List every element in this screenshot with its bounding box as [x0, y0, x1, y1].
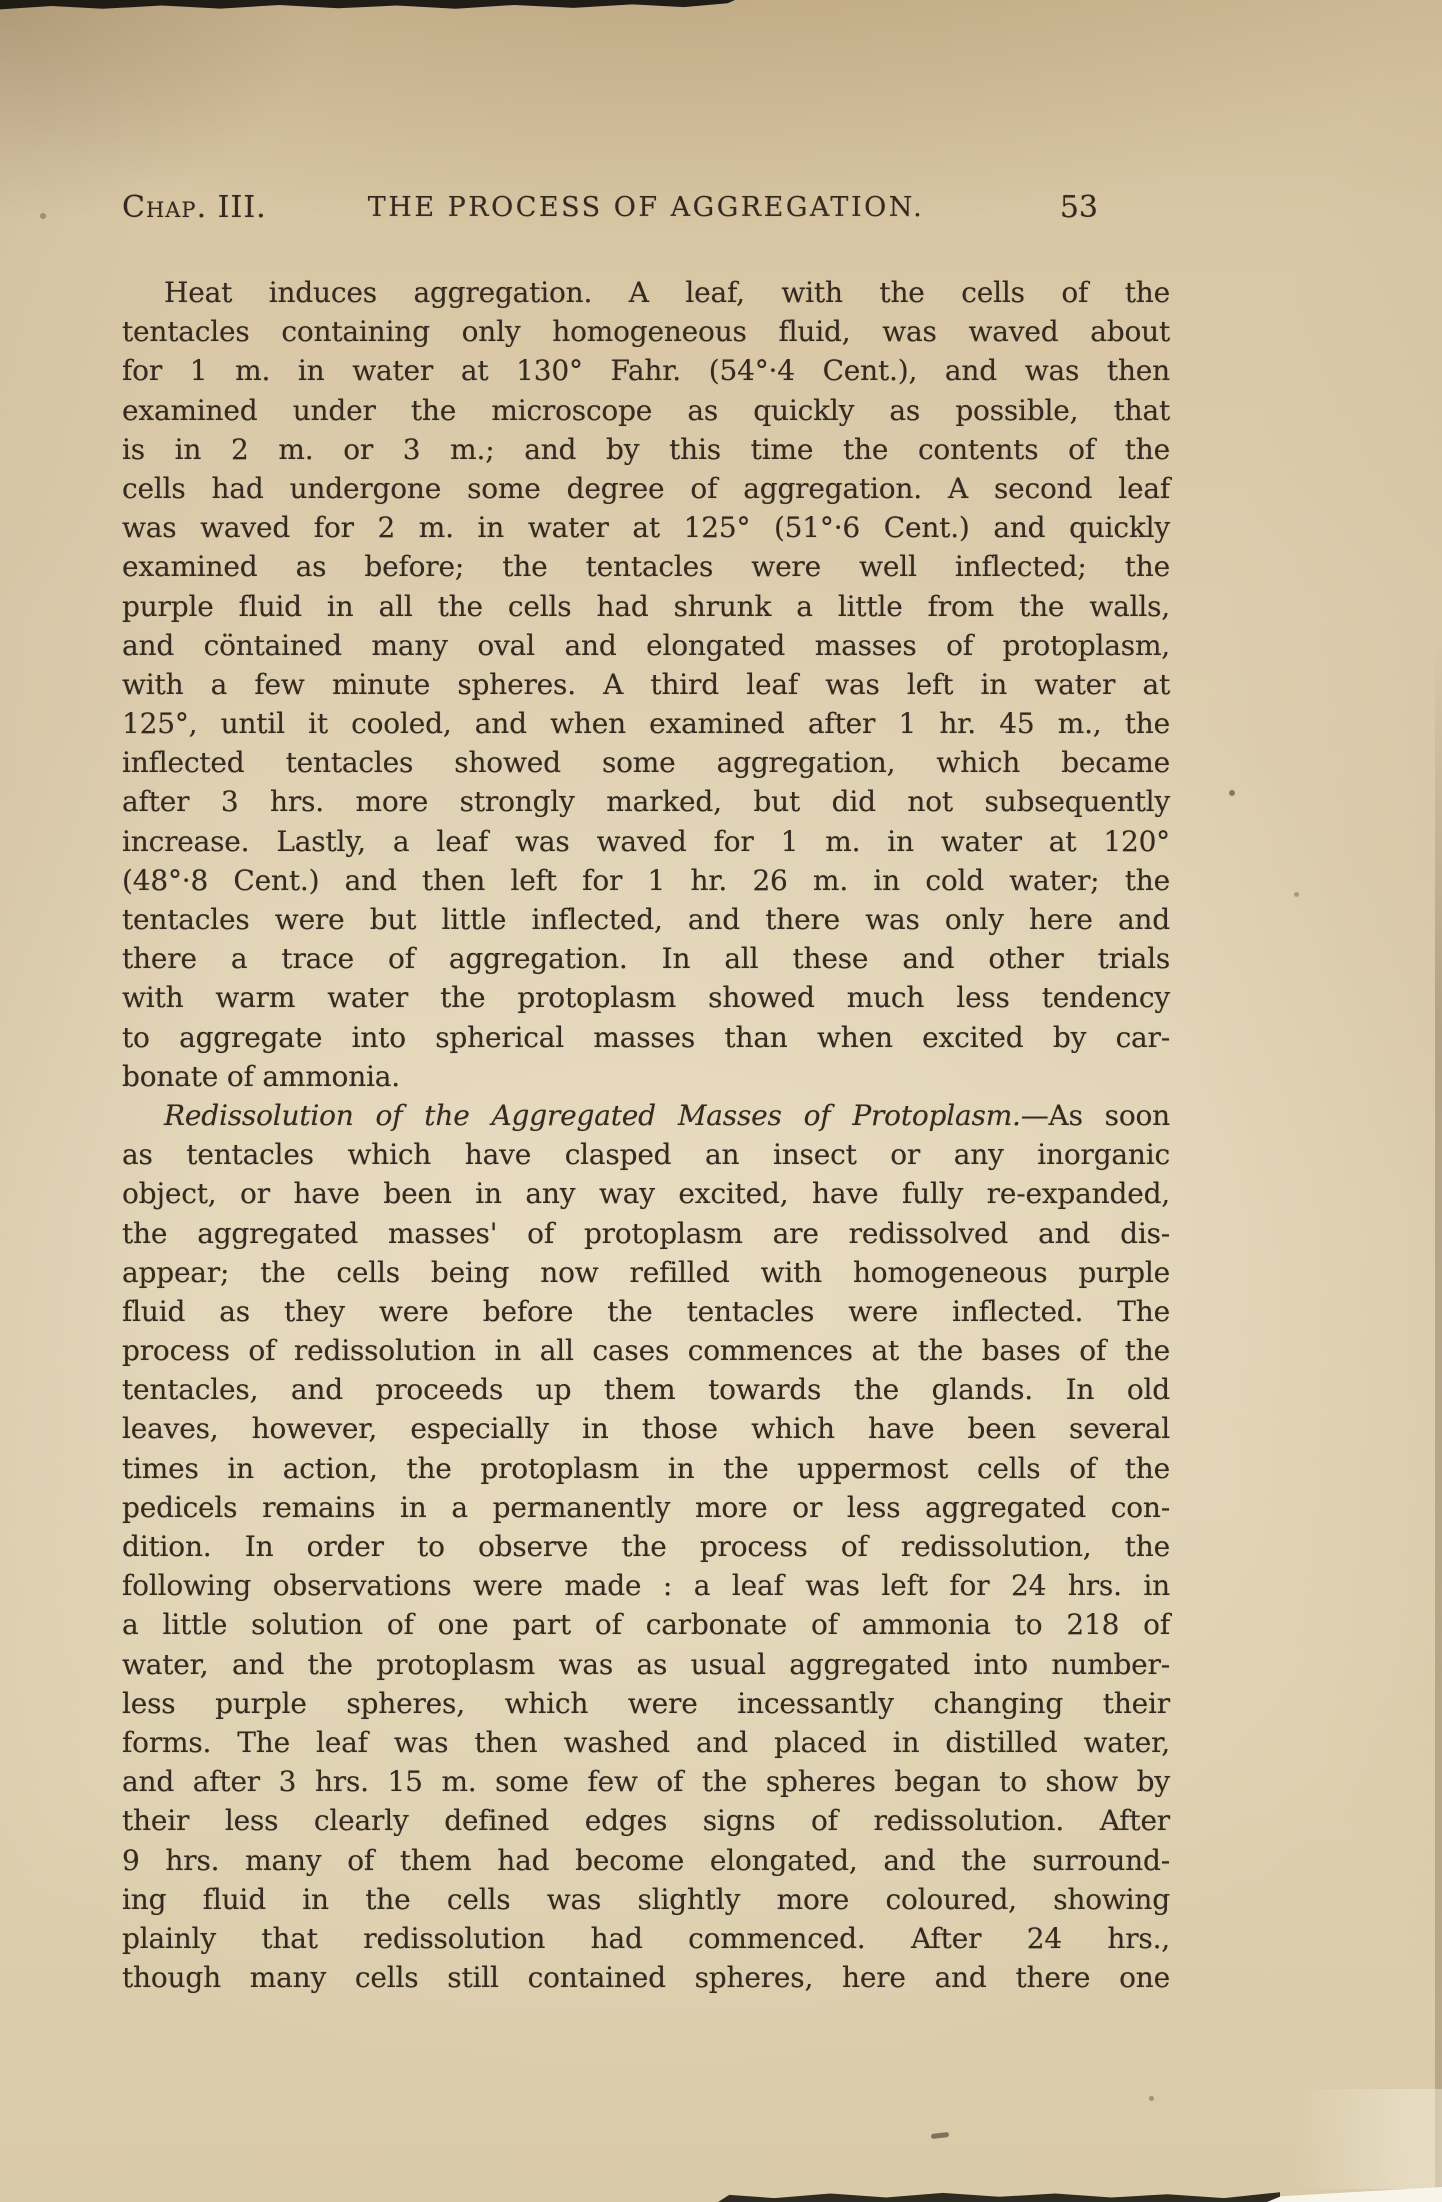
text-line: is in 2 m. or 3 m.; and by this time the…	[122, 430, 1170, 469]
text-line: after 3 hrs. more strongly marked, but d…	[122, 782, 1170, 821]
ink-speck	[1149, 2096, 1154, 2101]
text-line: appear; the cells being now refilled wit…	[122, 1253, 1170, 1292]
scan-bottom-right-page-edge	[1292, 2089, 1442, 2189]
text-line: and cöntained many oval and elongated ma…	[122, 626, 1170, 665]
text-line: to aggregate into spherical masses than …	[122, 1018, 1170, 1057]
scan-bottom-edge-tear	[718, 2189, 1280, 2202]
text-line: with warm water the protoplasm showed mu…	[122, 978, 1170, 1017]
scan-right-edge-shadow	[1435, 640, 1442, 2202]
text-line: dition. In order to observe the process …	[122, 1527, 1170, 1566]
text-line: plainly that redissolution had commenced…	[122, 1919, 1170, 1958]
text-line: a little solution of one part of carbona…	[122, 1605, 1170, 1644]
text-line: fluid as they were before the tentacles …	[122, 1292, 1170, 1331]
text-line: tentacles, and proceeds up them towards …	[122, 1370, 1170, 1409]
text-line: 125°, until it cooled, and when examined…	[122, 704, 1170, 743]
text-line: with a few minute spheres. A third leaf …	[122, 665, 1170, 704]
section-heading-italic: Redissolution of the Aggregated Masses o…	[164, 1099, 1021, 1132]
text-line: bonate of ammonia.	[122, 1057, 1170, 1096]
text-line: though many cells still contained sphere…	[122, 1958, 1170, 1997]
text-line: there a trace of aggregation. In all the…	[122, 939, 1170, 978]
text-line: and after 3 hrs. 15 m. some few of the s…	[122, 1762, 1170, 1801]
text-line: object, or have been in any way excited,…	[122, 1174, 1170, 1213]
ink-speck	[1294, 892, 1299, 897]
text-line: 9 hrs. many of them had become elongated…	[122, 1841, 1170, 1880]
text-line: Heat induces aggregation. A leaf, with t…	[122, 273, 1170, 312]
text-line: water, and the protoplasm was as usual a…	[122, 1645, 1170, 1684]
text-line: tentacles containing only homogeneous fl…	[122, 312, 1170, 351]
text-line: leaves, however, especially in those whi…	[122, 1409, 1170, 1448]
text-line: their less clearly defined edges signs o…	[122, 1801, 1170, 1840]
text-line: forms. The leaf was then washed and plac…	[122, 1723, 1170, 1762]
text-line: for 1 m. in water at 130° Fahr. (54°·4 C…	[122, 351, 1170, 390]
ink-speck	[40, 213, 46, 219]
text-line: purple fluid in all the cells had shrunk…	[122, 587, 1170, 626]
text-line: was waved for 2 m. in water at 125° (51°…	[122, 508, 1170, 547]
text-line: as tentacles which have clasped an insec…	[122, 1135, 1170, 1174]
page-header: Chap. III. THE PROCESS OF AGGREGATION. 5…	[122, 190, 1170, 234]
text-line: times in action, the protoplasm in the u…	[122, 1449, 1170, 1488]
text-line: the aggregated masses' of protoplasm are…	[122, 1214, 1170, 1253]
text-line: ing fluid in the cells was slightly more…	[122, 1880, 1170, 1919]
text-line: examined under the microscope as quickly…	[122, 391, 1170, 430]
ink-speck	[1229, 790, 1235, 796]
text-line: inflected tentacles showed some aggregat…	[122, 743, 1170, 782]
page-number: 53	[1060, 190, 1098, 225]
text-line: examined as before; the tentacles were w…	[122, 547, 1170, 586]
running-title: THE PROCESS OF AGGREGATION.	[122, 192, 1170, 223]
text-line: process of redissolution in all cases co…	[122, 1331, 1170, 1370]
section-heading-continuation: —As soon	[1021, 1099, 1170, 1132]
text-line: tentacles were but little inflected, and…	[122, 900, 1170, 939]
scan-top-edge-tear	[0, 0, 735, 11]
text-line: (48°·8 Cent.) and then left for 1 hr. 26…	[122, 861, 1170, 900]
scanned-book-page: { "colors": { "paper": "#ddcdae", "ink":…	[0, 0, 1442, 2202]
body-text: Heat induces aggregation. A leaf, with t…	[122, 273, 1170, 1997]
ink-speck	[931, 2132, 949, 2139]
text-line: following observations were made : a lea…	[122, 1566, 1170, 1605]
text-line: cells had undergone some degree of aggre…	[122, 469, 1170, 508]
text-line: less purple spheres, which were incessan…	[122, 1684, 1170, 1723]
text-line: increase. Lastly, a leaf was waved for 1…	[122, 822, 1170, 861]
scan-bottom-white-wedge	[1267, 2187, 1442, 2202]
text-line: Redissolution of the Aggregated Masses o…	[122, 1096, 1170, 1135]
text-line: pedicels remains in a permanently more o…	[122, 1488, 1170, 1527]
